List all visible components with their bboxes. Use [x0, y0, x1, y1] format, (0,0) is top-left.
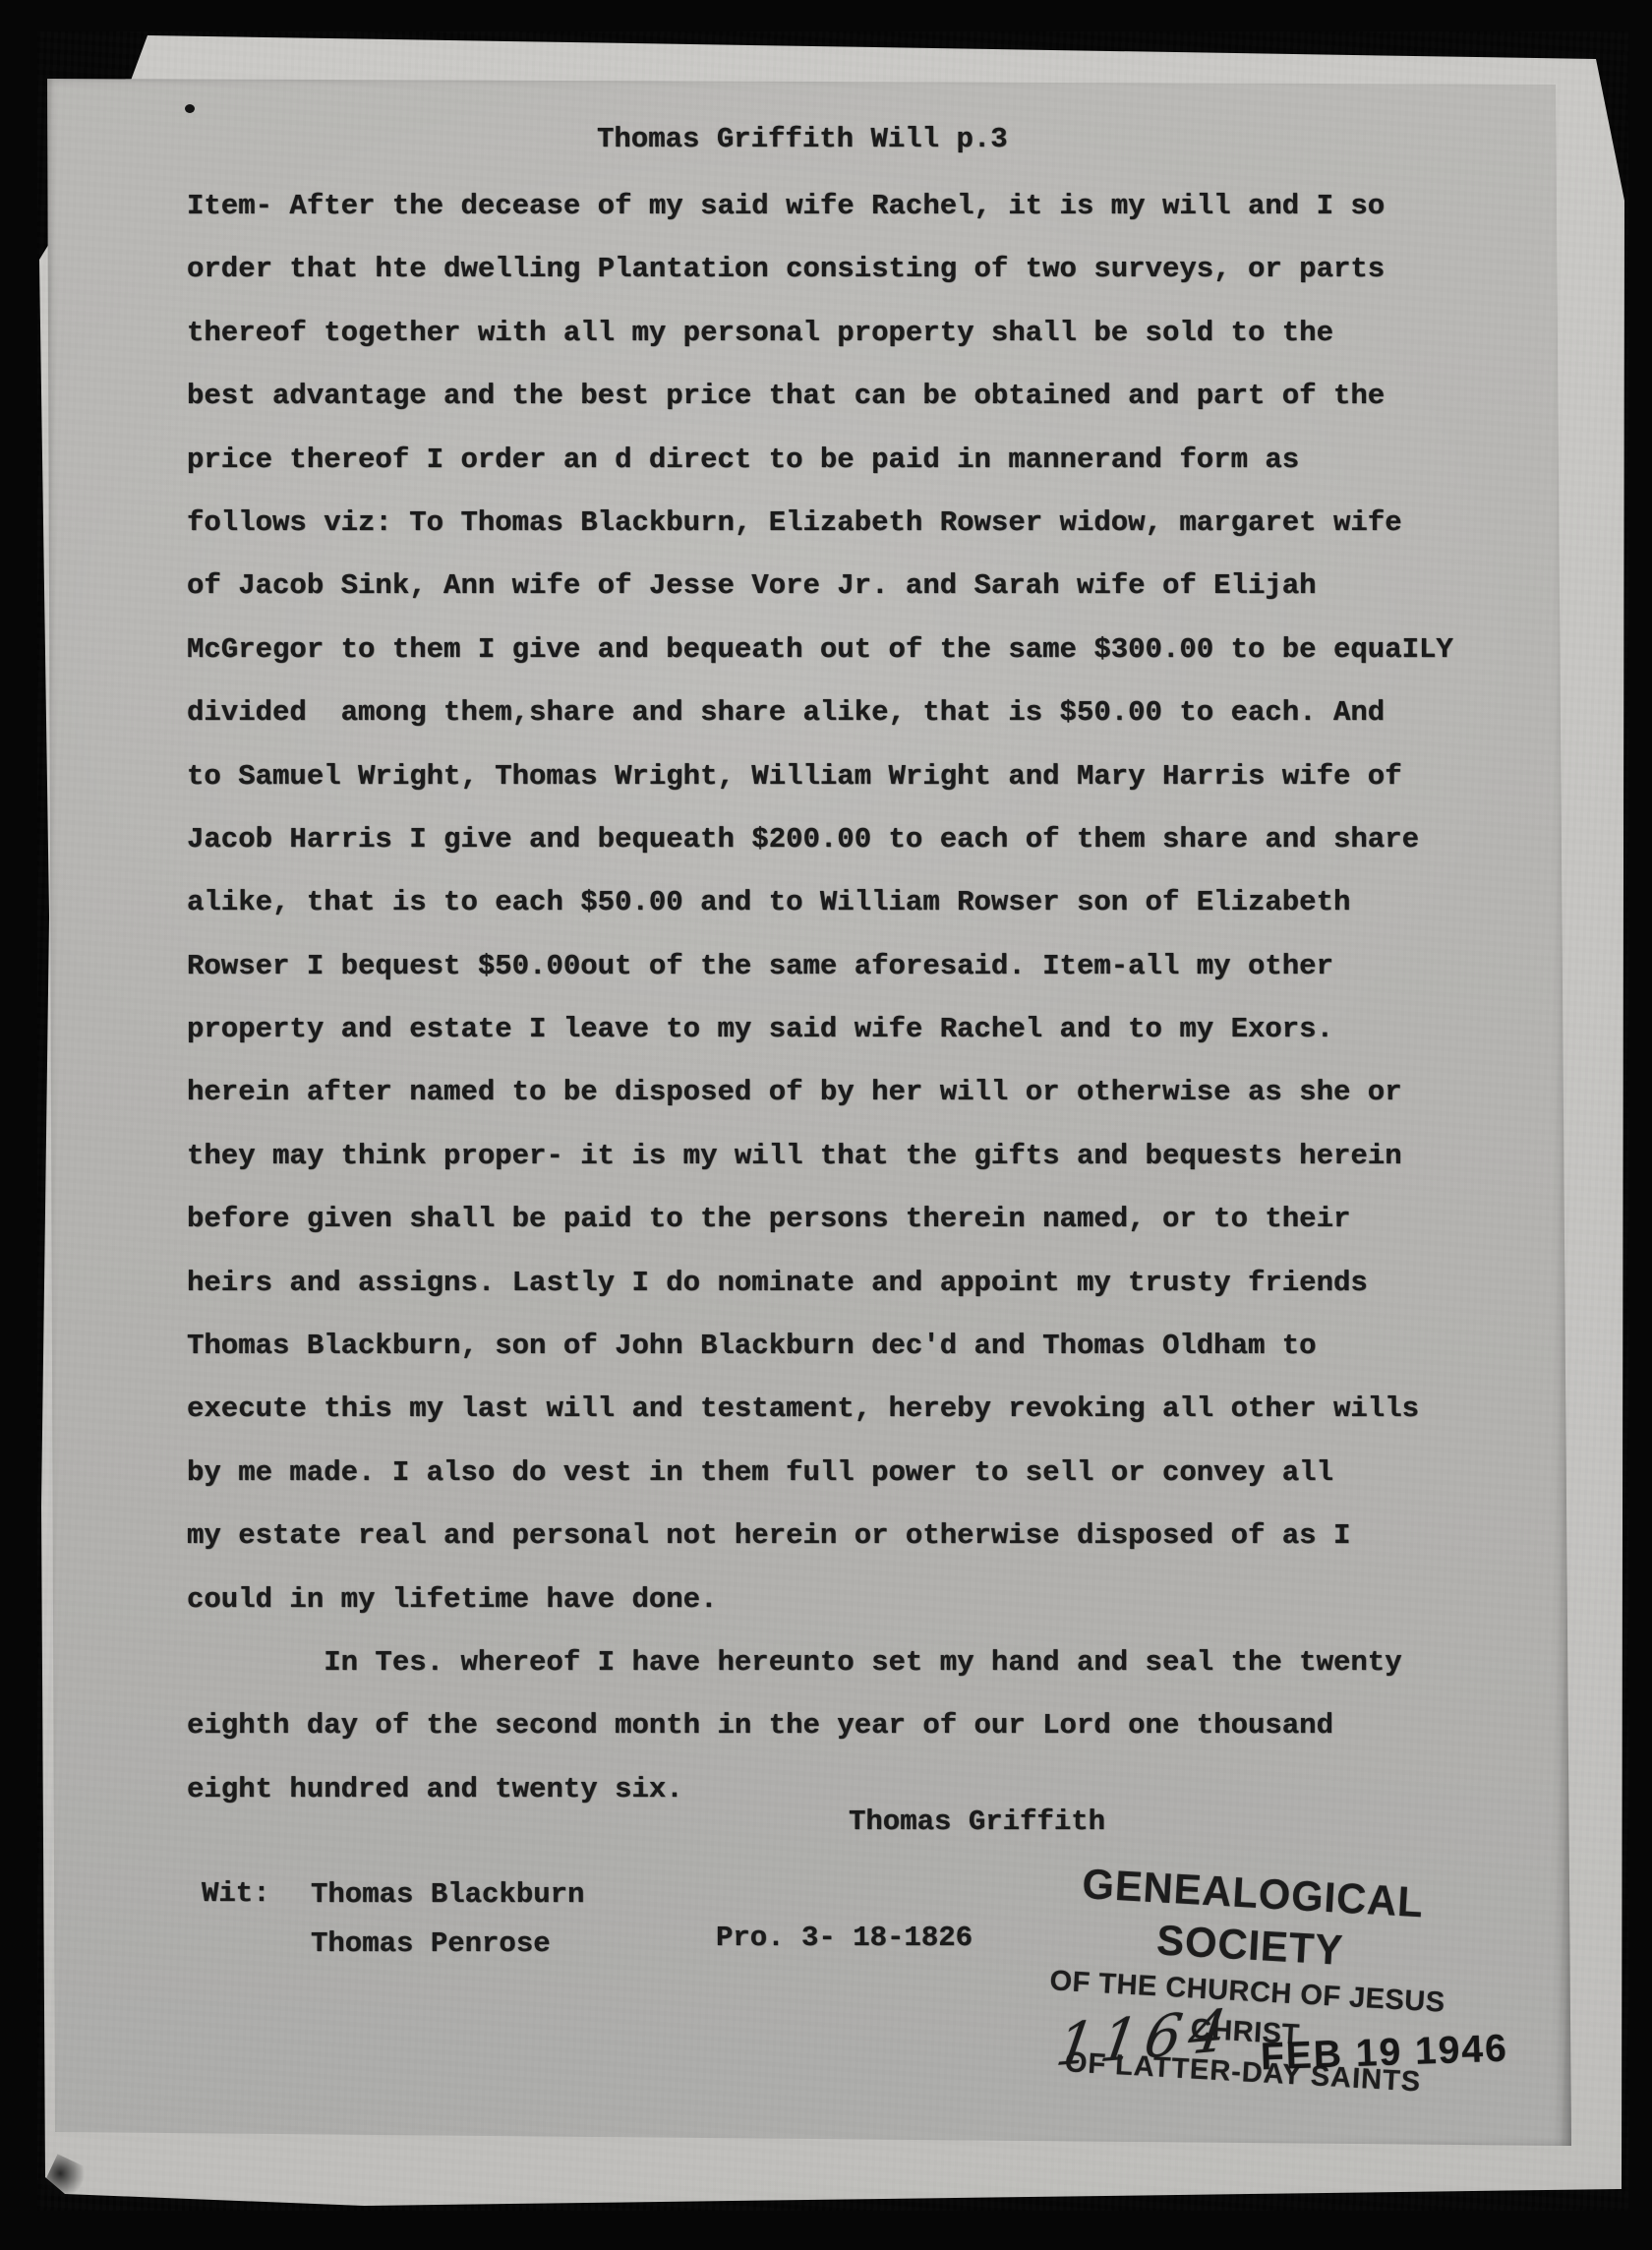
- text-line: alike, that is to each $50.00 and to Wil…: [187, 871, 1524, 934]
- witness-name: Thomas Penrose: [311, 1920, 584, 1969]
- text-line: herein after named to be disposed of by …: [187, 1061, 1524, 1124]
- text-line: to Samuel Wright, Thomas Wright, William…: [187, 745, 1524, 808]
- microfilm-scan: Thomas Griffith Will p.3 Item- After the…: [0, 0, 1652, 2250]
- text-line: price thereof I order an d direct to be …: [187, 429, 1524, 492]
- text-line: follows viz: To Thomas Blackburn, Elizab…: [187, 492, 1524, 555]
- text-line: they may think proper- it is my will tha…: [187, 1125, 1524, 1188]
- text-line: eighth day of the second month in the ye…: [187, 1694, 1524, 1757]
- text-line: heirs and assigns. Lastly I do nominate …: [187, 1252, 1524, 1315]
- text-line: In Tes. whereof I have hereunto set my h…: [187, 1631, 1524, 1694]
- text-line: could in my lifetime have done.: [187, 1569, 1524, 1631]
- page-title: Thomas Griffith Will p.3: [597, 118, 1008, 161]
- text-line: Item- After the decease of my said wife …: [187, 175, 1524, 238]
- text-line: divided among them,share and share alike…: [187, 681, 1524, 744]
- text-line: Jacob Harris I give and bequeath $200.00…: [187, 808, 1524, 871]
- text-line: execute this my last will and testament,…: [187, 1378, 1524, 1441]
- text-line: best advantage and the best price that c…: [187, 365, 1524, 428]
- witness-name: Thomas Blackburn: [311, 1870, 584, 1920]
- text-line: Thomas Blackburn, son of John Blackburn …: [187, 1315, 1524, 1378]
- ink-speck: [185, 104, 195, 113]
- text-line: before given shall be paid to the person…: [187, 1188, 1524, 1251]
- text-line: thereof together with all my personal pr…: [187, 302, 1524, 365]
- text-line: of Jacob Sink, Ann wife of Jesse Vore Jr…: [187, 555, 1524, 618]
- body-text: Item- After the decease of my said wife …: [187, 175, 1524, 1821]
- received-date-stamp: FEB 19 1946: [1260, 2028, 1508, 2080]
- text-line: property and estate I leave to my said w…: [187, 998, 1524, 1061]
- probate-note: Pro. 3- 18-1826: [716, 1917, 973, 1960]
- text-line: order that hte dwelling Plantation consi…: [187, 238, 1524, 301]
- text-line: Rowser I bequest $50.00out of the same a…: [187, 935, 1524, 998]
- testator-signature: Thomas Griffith: [849, 1803, 1105, 1842]
- witness-label: Wit:: [202, 1870, 270, 1918]
- text-line: my estate real and personal not herein o…: [187, 1505, 1524, 1568]
- witness-list: Thomas Blackburn Thomas Penrose: [311, 1870, 584, 1969]
- text-line: McGregor to them I give and bequeath out…: [187, 619, 1524, 681]
- text-line: by me made. I also do vest in them full …: [187, 1442, 1524, 1505]
